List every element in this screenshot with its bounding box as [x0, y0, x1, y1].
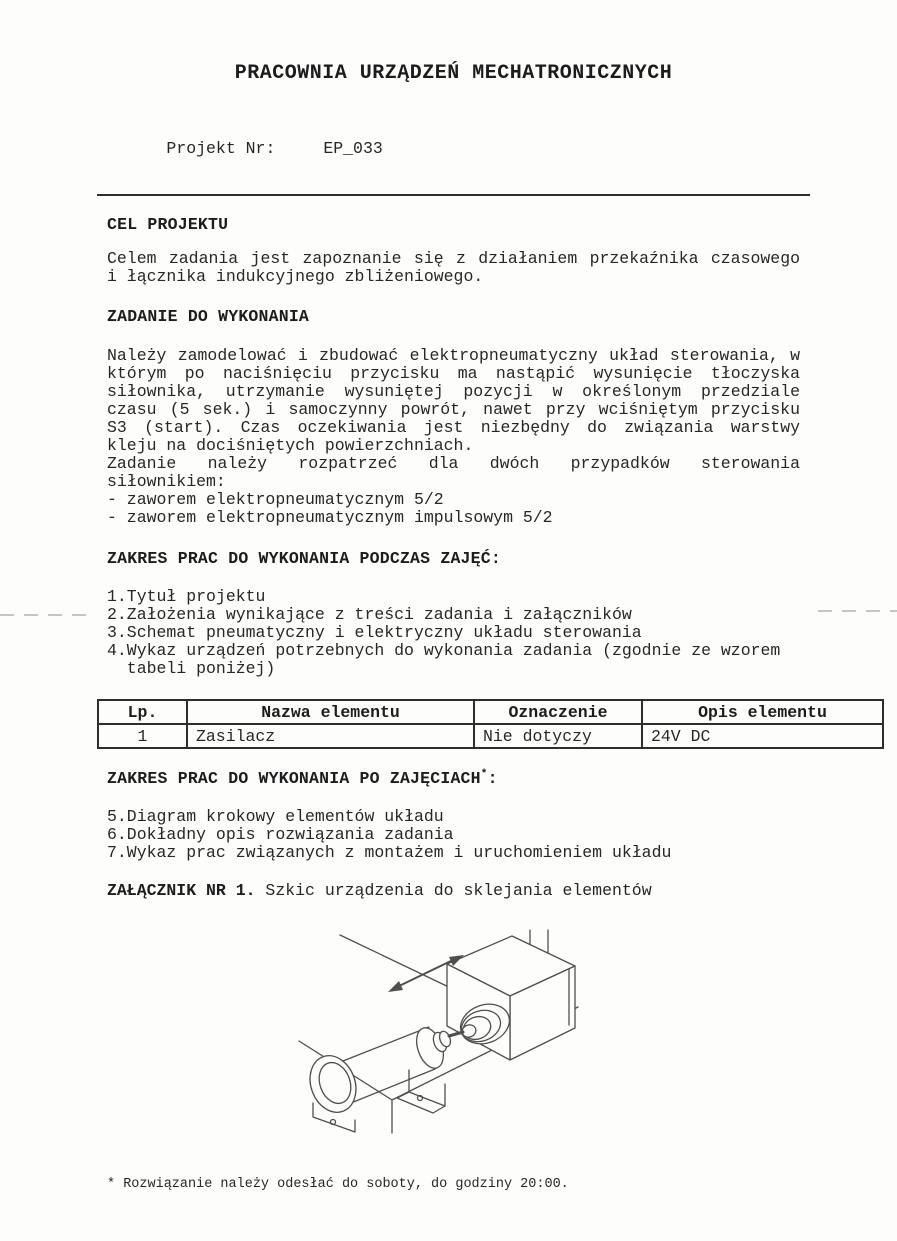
table-header-cell: Nazwa elementu: [187, 700, 474, 724]
paragraph-cel: Celem zadania jest zapoznanie się z dzia…: [107, 250, 800, 286]
text-line: 5.Diagram krokowy elementów układu: [107, 808, 800, 826]
table-cell: Nie dotyczy: [474, 724, 642, 748]
project-number-value: EP_033: [323, 139, 382, 158]
front-bracket: [409, 1070, 445, 1106]
text-line: - zaworem elektropneumatycznym impulsowy…: [107, 509, 800, 527]
attachment-sketch-figure: [297, 914, 642, 1149]
document-content: PRACOWNIA URZĄDZEŃ MECHATRONICZNYCH Proj…: [107, 0, 800, 1193]
paragraph-zadanie-2: Zadanie należy rozpatrzeć dla dwóch przy…: [107, 455, 800, 491]
text-line: 2.Założenia wynikające z treści zadania …: [107, 606, 800, 624]
section-heading-zakres-po: ZAKRES PRAC DO WYKONANIA PO ZAJĘCIACH*:: [107, 770, 800, 788]
text-line: 7.Wykaz prac związanych z montażem i uru…: [107, 844, 800, 862]
footnote-asterisk-superscript: *: [481, 769, 488, 781]
text-line: 1.Tytuł projektu: [107, 588, 800, 606]
attachment-label: ZAŁĄCZNIK NR 1.: [107, 881, 256, 900]
text-line: kleju na dociśniętych powierzchniach.: [107, 437, 800, 455]
table-cell: 1: [98, 724, 187, 748]
equipment-table-head: Lp.Nazwa elementuOznaczenieOpis elementu: [98, 700, 883, 724]
text-line: Celem zadania jest zapoznanie się z dzia…: [107, 250, 800, 268]
document-title: PRACOWNIA URZĄDZEŃ MECHATRONICZNYCH: [107, 0, 800, 86]
table-header-cell: Opis elementu: [642, 700, 883, 724]
footnote: * Rozwiązanie należy odesłać do soboty, …: [107, 1177, 800, 1193]
project-number-label: Projekt Nr:: [166, 139, 275, 158]
table-header-cell: Oznaczenie: [474, 700, 642, 724]
cylinder-top-line: [343, 1027, 429, 1061]
table-cell: Zasilacz: [187, 724, 474, 748]
heading-text: ZAKRES PRAC DO WYKONANIA PO ZAJĘCIACH: [107, 769, 481, 788]
text-line: 6.Dokładny opis rozwiązania zadania: [107, 826, 800, 844]
text-line: czasu (5 sek.) i samoczynny powrót, nawe…: [107, 401, 800, 419]
text-line: siłownika, utrzymanie wysuniętej pozycji…: [107, 383, 800, 401]
scanned-document-page: PRACOWNIA URZĄDZEŃ MECHATRONICZNYCH Proj…: [0, 0, 897, 1241]
table-cell: 24V DC: [642, 724, 883, 748]
table-row: 1ZasilaczNie dotyczy24V DC: [98, 724, 883, 748]
bench-back-edge: [340, 935, 455, 990]
project-number-line: Projekt Nr:EP_033: [107, 122, 800, 176]
equipment-table: Lp.Nazwa elementuOznaczenieOpis elementu…: [97, 699, 884, 749]
section-heading-zadanie: ZADANIE DO WYKONANIA: [107, 308, 800, 326]
horizontal-rule: [97, 194, 810, 196]
motion-arrow-shaft: [397, 959, 455, 987]
piston-rod: [449, 1032, 463, 1036]
text-line: Należy zamodelować i zbudować elektropne…: [107, 347, 800, 365]
table-header-cell: Lp.: [98, 700, 187, 724]
cylinder-rear-cap-outer: [302, 1049, 363, 1119]
text-line: siłownikiem:: [107, 473, 800, 491]
text-line: i łącznika indukcyjnego zbliżeniowego.: [107, 268, 800, 286]
text-line: - zaworem elektropneumatycznym 5/2: [107, 491, 800, 509]
numbered-list-5-7: 5.Diagram krokowy elementów układu6.Dokł…: [107, 808, 800, 862]
section-heading-cel-projektu: CEL PROJEKTU: [107, 216, 800, 234]
gluing-device-sketch: [297, 914, 642, 1149]
paragraph-zadanie-1: Należy zamodelować i zbudować elektropne…: [107, 347, 800, 455]
text-line: którym po naciśnięciu przycisku ma nastą…: [107, 365, 800, 383]
scan-artifact-line-left: [0, 614, 96, 616]
equipment-table-body: 1ZasilaczNie dotyczy24V DC: [98, 724, 883, 748]
attachment-caption-line: ZAŁĄCZNIK NR 1. Szkic urządzenia do skle…: [107, 882, 800, 900]
section-heading-zakres-podczas: ZAKRES PRAC DO WYKONANIA PODCZAS ZAJĘĆ:: [107, 550, 800, 568]
text-line: tabeli poniżej): [107, 660, 800, 678]
text-line: 4.Wykaz urządzeń potrzebnych do wykonani…: [107, 642, 800, 660]
attachment-caption: Szkic urządzenia do sklejania elementów: [256, 881, 652, 900]
motion-arrow-head-left: [388, 981, 403, 992]
text-line: S3 (start). Czas oczekiwania jest niezbę…: [107, 419, 800, 437]
text-line: Zadanie należy rozpatrzeć dla dwóch przy…: [107, 455, 800, 473]
text-line: 3.Schemat pneumatyczny i elektryczny ukł…: [107, 624, 800, 642]
scan-artifact-line-right: [818, 610, 897, 612]
valve-bullet-list: - zaworem elektropneumatycznym 5/2- zawo…: [107, 491, 800, 527]
numbered-list-1-4: 1.Tytuł projektu2.Założenia wynikające z…: [107, 588, 800, 678]
heading-colon: :: [488, 769, 498, 788]
